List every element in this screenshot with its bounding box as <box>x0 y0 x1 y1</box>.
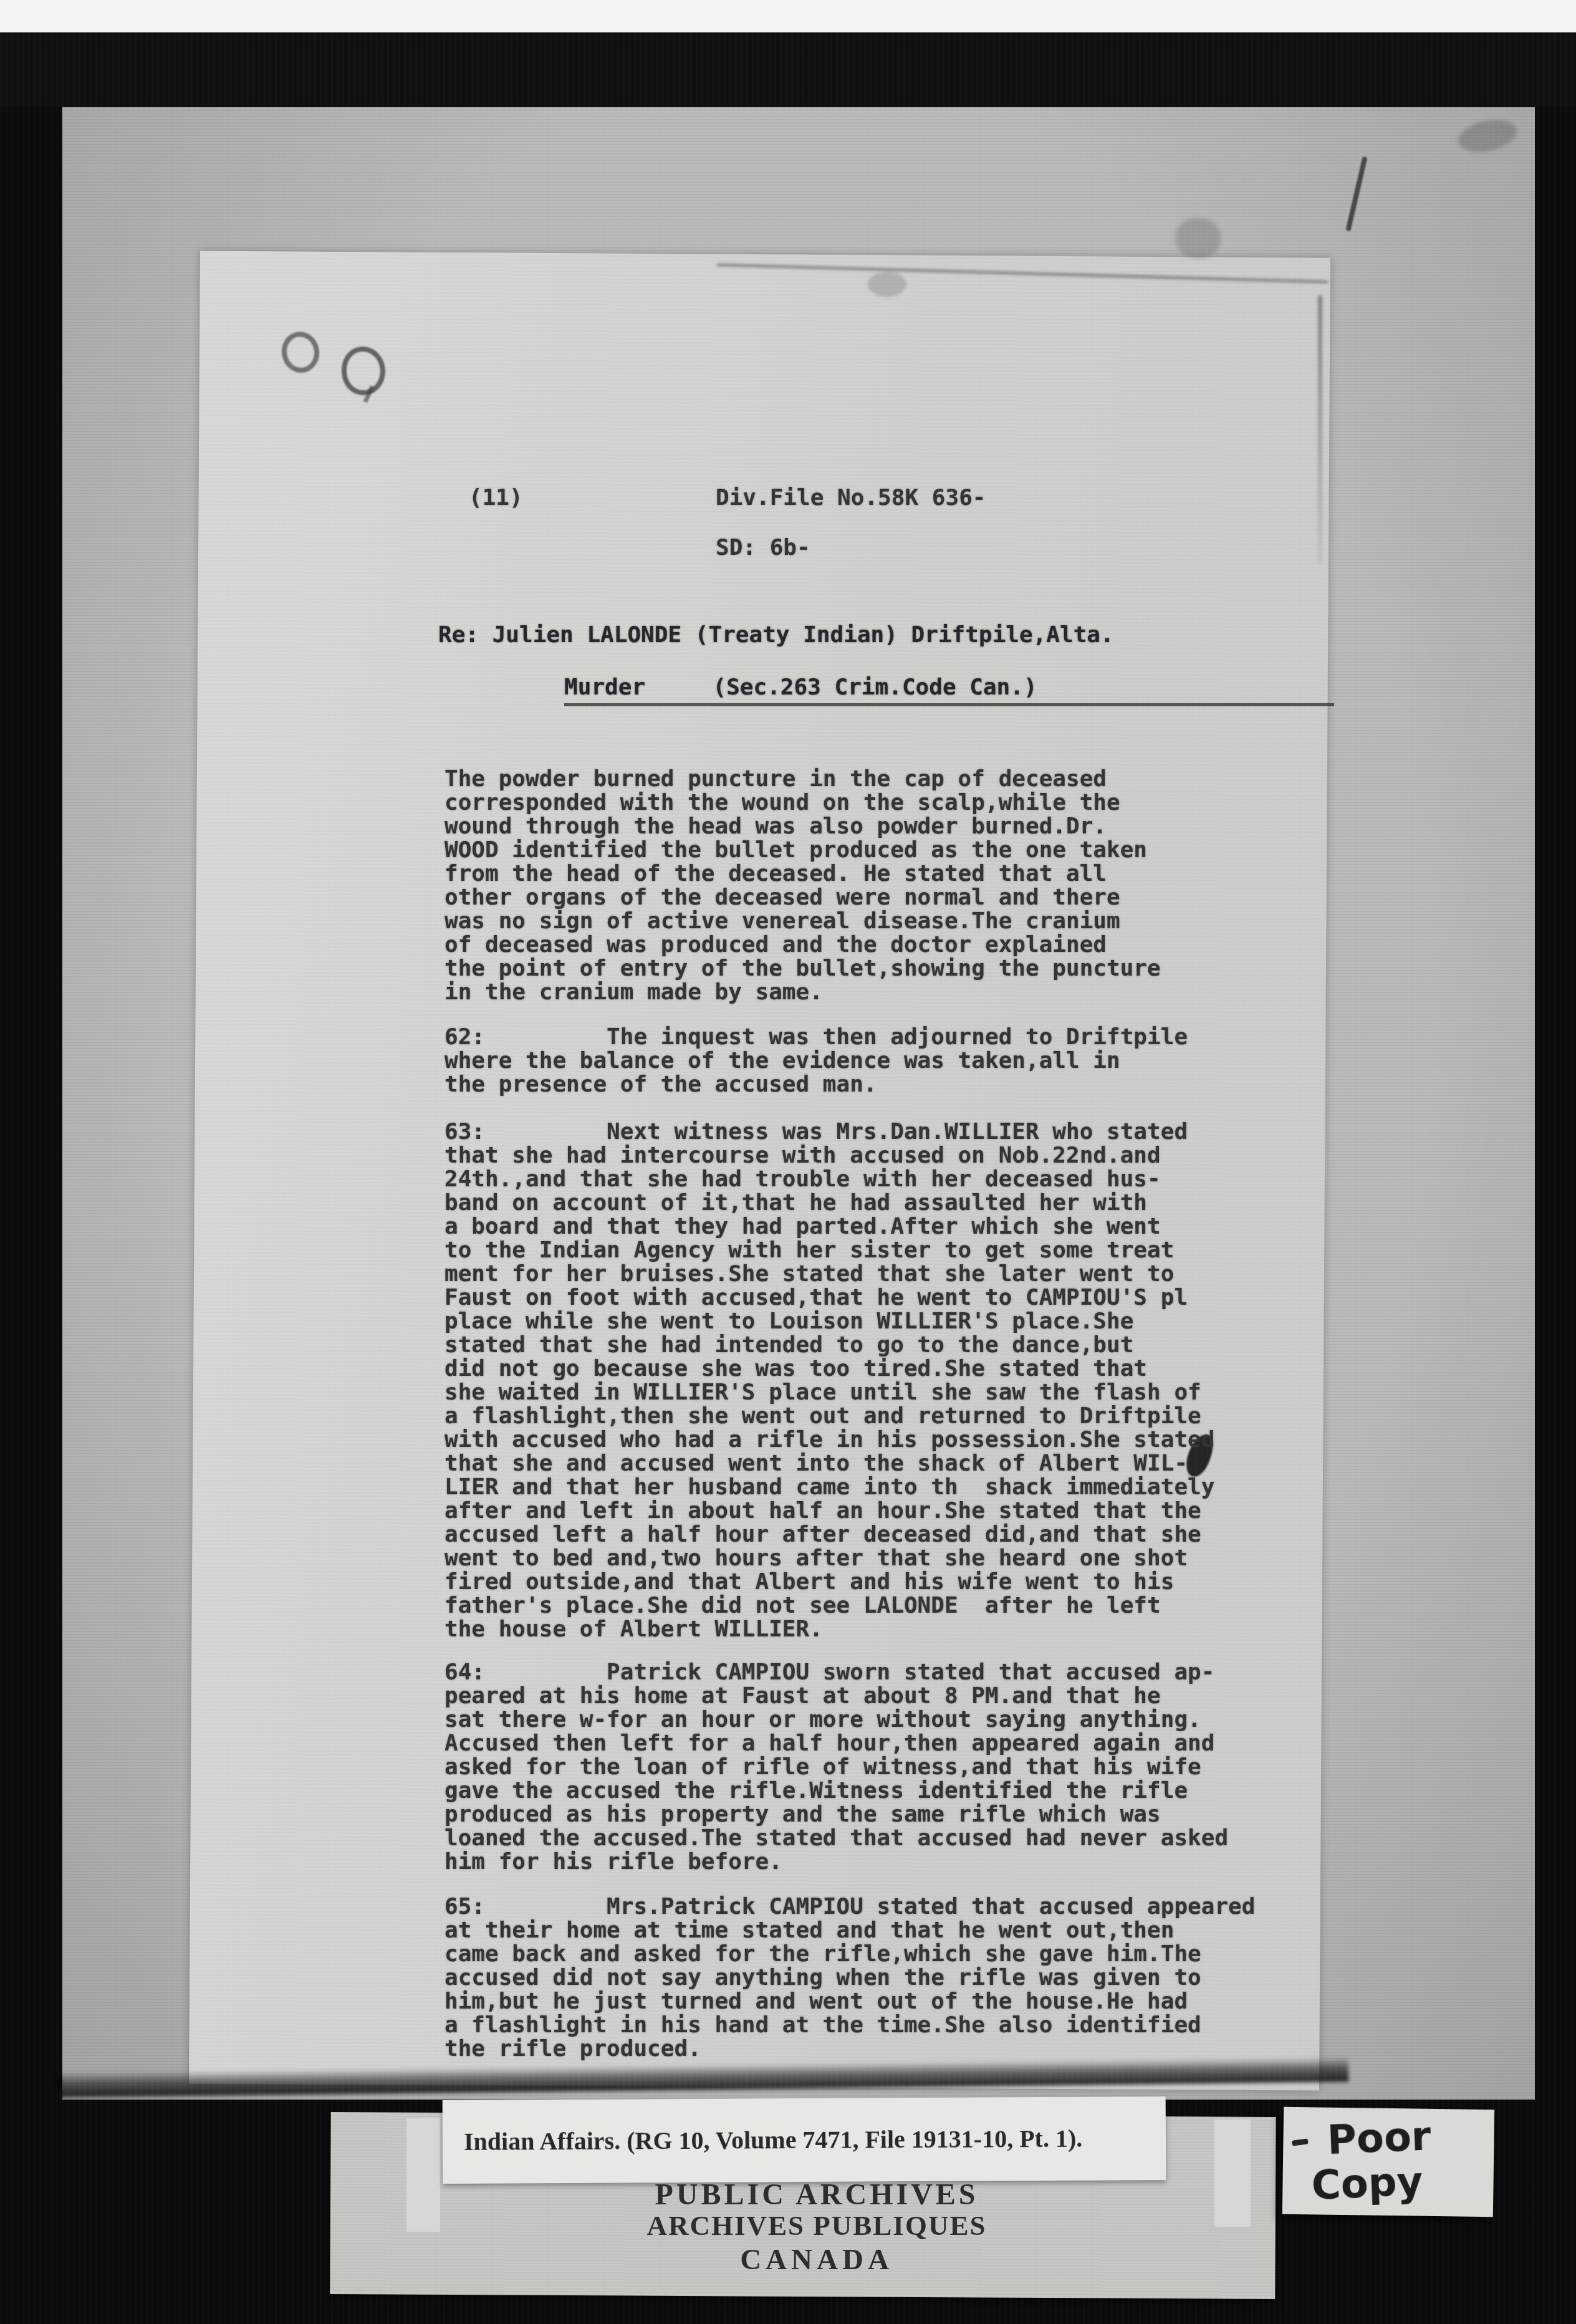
stamp-line-english: PUBLIC ARCHIVES <box>486 2179 1147 2211</box>
typed-text-line: from the head of the deceased. He stated… <box>444 862 1161 886</box>
charge-line-underlined-text: Murder (Sec.263 Crim.Code Can.) <box>564 676 1334 706</box>
typed-text-line: a board and that they had parted.After w… <box>444 1215 1214 1239</box>
typed-text-line: father's place.She did not see LALONDE a… <box>444 1594 1214 1618</box>
typed-text-line: the house of Albert WILLIER. <box>444 1618 1214 1641</box>
typed-text-line: Accused then left for a half hour,then a… <box>444 1732 1228 1755</box>
typed-text-line: 62: The inquest was then adjourned to Dr… <box>444 1025 1188 1049</box>
typed-text-line: 24th.,and that she had trouble with her … <box>444 1168 1214 1191</box>
typed-text-line: him,but he just turned and went out of t… <box>444 1990 1255 2014</box>
microfilm-scan-page: (11) Div.File No.58K 636- SD: 6b- Re: Ju… <box>0 0 1576 2324</box>
typed-text-line: The powder burned puncture in the cap of… <box>444 767 1161 791</box>
typed-text-line: the point of entry of the bullet,showing… <box>444 957 1161 981</box>
sd-reference: SD: 6b- <box>716 536 810 560</box>
typed-text-line: that she had intercourse with accused on… <box>444 1144 1214 1168</box>
subject-line: Re: Julien LALONDE (Treaty Indian) Drift… <box>438 623 1114 647</box>
typed-text-line: asked for the loan of rifle of witness,a… <box>444 1755 1228 1779</box>
typed-text-line: gave the accused the rifle.Witness ident… <box>444 1779 1228 1803</box>
typed-text-line: place while she went to Louison WILLIER'… <box>444 1310 1214 1333</box>
typed-text-line: accused did not say anything when the ri… <box>444 1966 1255 1990</box>
typed-text-line: a flashlight,then she went out and retur… <box>444 1404 1214 1428</box>
typed-text-line: came back and asked for the rifle,which … <box>444 1942 1255 1966</box>
page-number: (11) <box>469 486 523 510</box>
typed-text-line: LIER and that her husband came into th s… <box>444 1476 1214 1499</box>
public-archives-stamp: PUBLIC ARCHIVES ARCHIVES PUBLIQUES CANAD… <box>486 2179 1147 2275</box>
poor-copy-word: Copy <box>1310 2157 1496 2209</box>
typed-text-line: sat there w-for an hour or more without … <box>444 1708 1228 1732</box>
typed-text-line: accused left a half hour after deceased … <box>444 1523 1214 1547</box>
typed-text-line: Faust on foot with accused,that he went … <box>444 1286 1214 1310</box>
typed-text-line: went to bed and,two hours after that she… <box>444 1547 1214 1570</box>
charge-line: Murder (Sec.263 Crim.Code Can.) <box>483 652 1334 730</box>
poor-copy-note: Poor Copy <box>1281 2105 1496 2210</box>
typed-text-line: 64: Patrick CAMPIOU sworn stated that ac… <box>444 1661 1228 1684</box>
typed-text-line: of deceased was produced and the doctor … <box>444 933 1161 957</box>
typed-text-line: corresponded with the wound on the scalp… <box>444 791 1161 815</box>
stamp-line-canada: CANADA <box>486 2244 1147 2275</box>
archive-reference-text: Indian Affairs. (RG 10, Volume 7471, Fil… <box>443 2096 1166 2184</box>
paragraph-62: 62: The inquest was then adjourned to Dr… <box>444 1025 1188 1097</box>
typed-text-line: WOOD identified the bullet produced as t… <box>444 838 1161 862</box>
typed-text-line: stated that she had intended to go to th… <box>444 1333 1214 1357</box>
archive-reference-label: Indian Affairs. (RG 10, Volume 7471, Fil… <box>443 2096 1166 2184</box>
typed-text-line: other organs of the deceased were normal… <box>444 886 1161 910</box>
typed-text-line: peared at his home at Faust at about 8 P… <box>444 1684 1228 1708</box>
typed-text-line: 63: Next witness was Mrs.Dan.WILLIER who… <box>444 1120 1214 1144</box>
typed-text-line: the presence of the accused man. <box>444 1073 1188 1097</box>
typed-text-line: did not go because she was too tired.She… <box>444 1357 1214 1381</box>
typed-text-line: him for his rifle before. <box>444 1850 1228 1874</box>
typed-text-line: a flashlight in his hand at the time.She… <box>444 2014 1255 2037</box>
paragraph-continuation: The powder burned puncture in the cap of… <box>444 767 1161 1004</box>
typed-text-line: band on account of it,that he had assaul… <box>444 1191 1214 1215</box>
typed-text-line: where the balance of the evidence was ta… <box>444 1049 1188 1073</box>
paragraph-64: 64: Patrick CAMPIOU sworn stated that ac… <box>444 1661 1228 1874</box>
typed-text-line: 65: Mrs.Patrick CAMPIOU stated that accu… <box>444 1895 1255 1919</box>
paragraph-65: 65: Mrs.Patrick CAMPIOU stated that accu… <box>444 1895 1255 2061</box>
strip-edge-tab <box>406 2118 440 2232</box>
typed-text-line: the rifle produced. <box>444 2037 1255 2061</box>
stamp-line-french: ARCHIVES PUBLIQUES <box>486 2211 1147 2240</box>
typed-text-line: loaned the accused.The stated that accus… <box>444 1827 1228 1850</box>
strip-edge-tab <box>1214 2120 1251 2227</box>
typed-text-line: that she and accused went into the shack… <box>444 1452 1214 1476</box>
typed-text-line: at their home at time stated and that he… <box>444 1919 1255 1942</box>
poor-copy-word: Poor <box>1327 2112 1494 2163</box>
typed-text-line: ment for her bruises.She stated that she… <box>444 1262 1214 1286</box>
typed-text-line: she waited in WILLIER'S place until she … <box>444 1381 1214 1404</box>
typed-text-line: to the Indian Agency with her sister to … <box>444 1239 1214 1262</box>
typed-text-line: wound through the head was also powder b… <box>444 815 1161 838</box>
paragraph-63: 63: Next witness was Mrs.Dan.WILLIER who… <box>444 1120 1214 1641</box>
division-file-reference: Div.File No.58K 636- <box>716 486 986 510</box>
typed-text-line: fired outside,and that Albert and his wi… <box>444 1570 1214 1594</box>
typed-text-line: produced as his property and the same ri… <box>444 1803 1228 1827</box>
typed-text-line: in the cranium made by same. <box>444 981 1161 1004</box>
poor-copy-label: Poor Copy <box>1282 2107 1494 2217</box>
typed-text-line: after and left in about half an hour.She… <box>444 1499 1214 1523</box>
typed-text-line: with accused who had a rifle in his poss… <box>444 1428 1214 1452</box>
typed-text-line: was no sign of active venereal disease.T… <box>444 910 1161 933</box>
typed-text-layer: (11) Div.File No.58K 636- SD: 6b- Re: Ju… <box>0 0 1576 2324</box>
